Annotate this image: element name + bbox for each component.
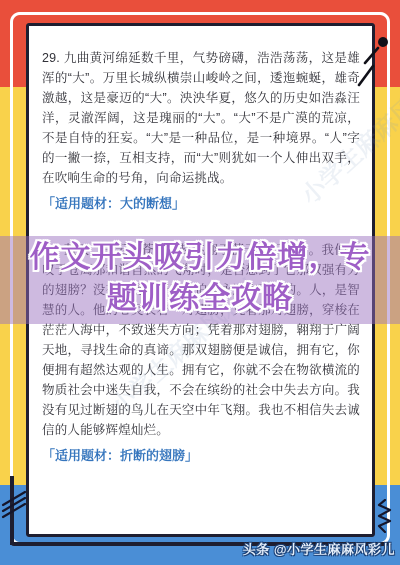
author-credit-watermark: 头条 @小学生麻麻风彩儿	[243, 539, 395, 558]
poster-title-line-1: 作文开头吸引力倍增，专	[0, 237, 400, 278]
topic-tag-30: 「适用题材：折断的翅膀」	[42, 447, 360, 465]
lightning-slash-decoration	[356, 46, 382, 88]
paragraph-number: 29.	[42, 51, 60, 65]
poster-title: 作文开头吸引力倍增，专 题训练全攻略	[0, 237, 400, 319]
poster-title-line-2: 题训练全攻略	[0, 278, 400, 319]
topic-tag-29: 「适用题材：大的断想」	[42, 195, 360, 213]
poster-canvas: 小学生麻麻风彩儿 小学生麻麻风彩儿 29. 九曲黄河绵延数千里，气势磅礴，浩浩荡…	[0, 0, 400, 565]
zigzag-crinkle-decoration	[377, 499, 393, 533]
paragraph-text: 九曲黄河绵延数千里，气势磅礴，浩浩荡荡，这是雄浑的“大”。万里长城纵横崇山峻岭之…	[42, 51, 360, 185]
triple-slash-decoration	[1, 489, 29, 519]
essay-opening-paragraph-29: 29. 九曲黄河绵延数千里，气势磅礴，浩浩荡荡，这是雄浑的“大”。万里长城纵横崇…	[42, 48, 360, 188]
